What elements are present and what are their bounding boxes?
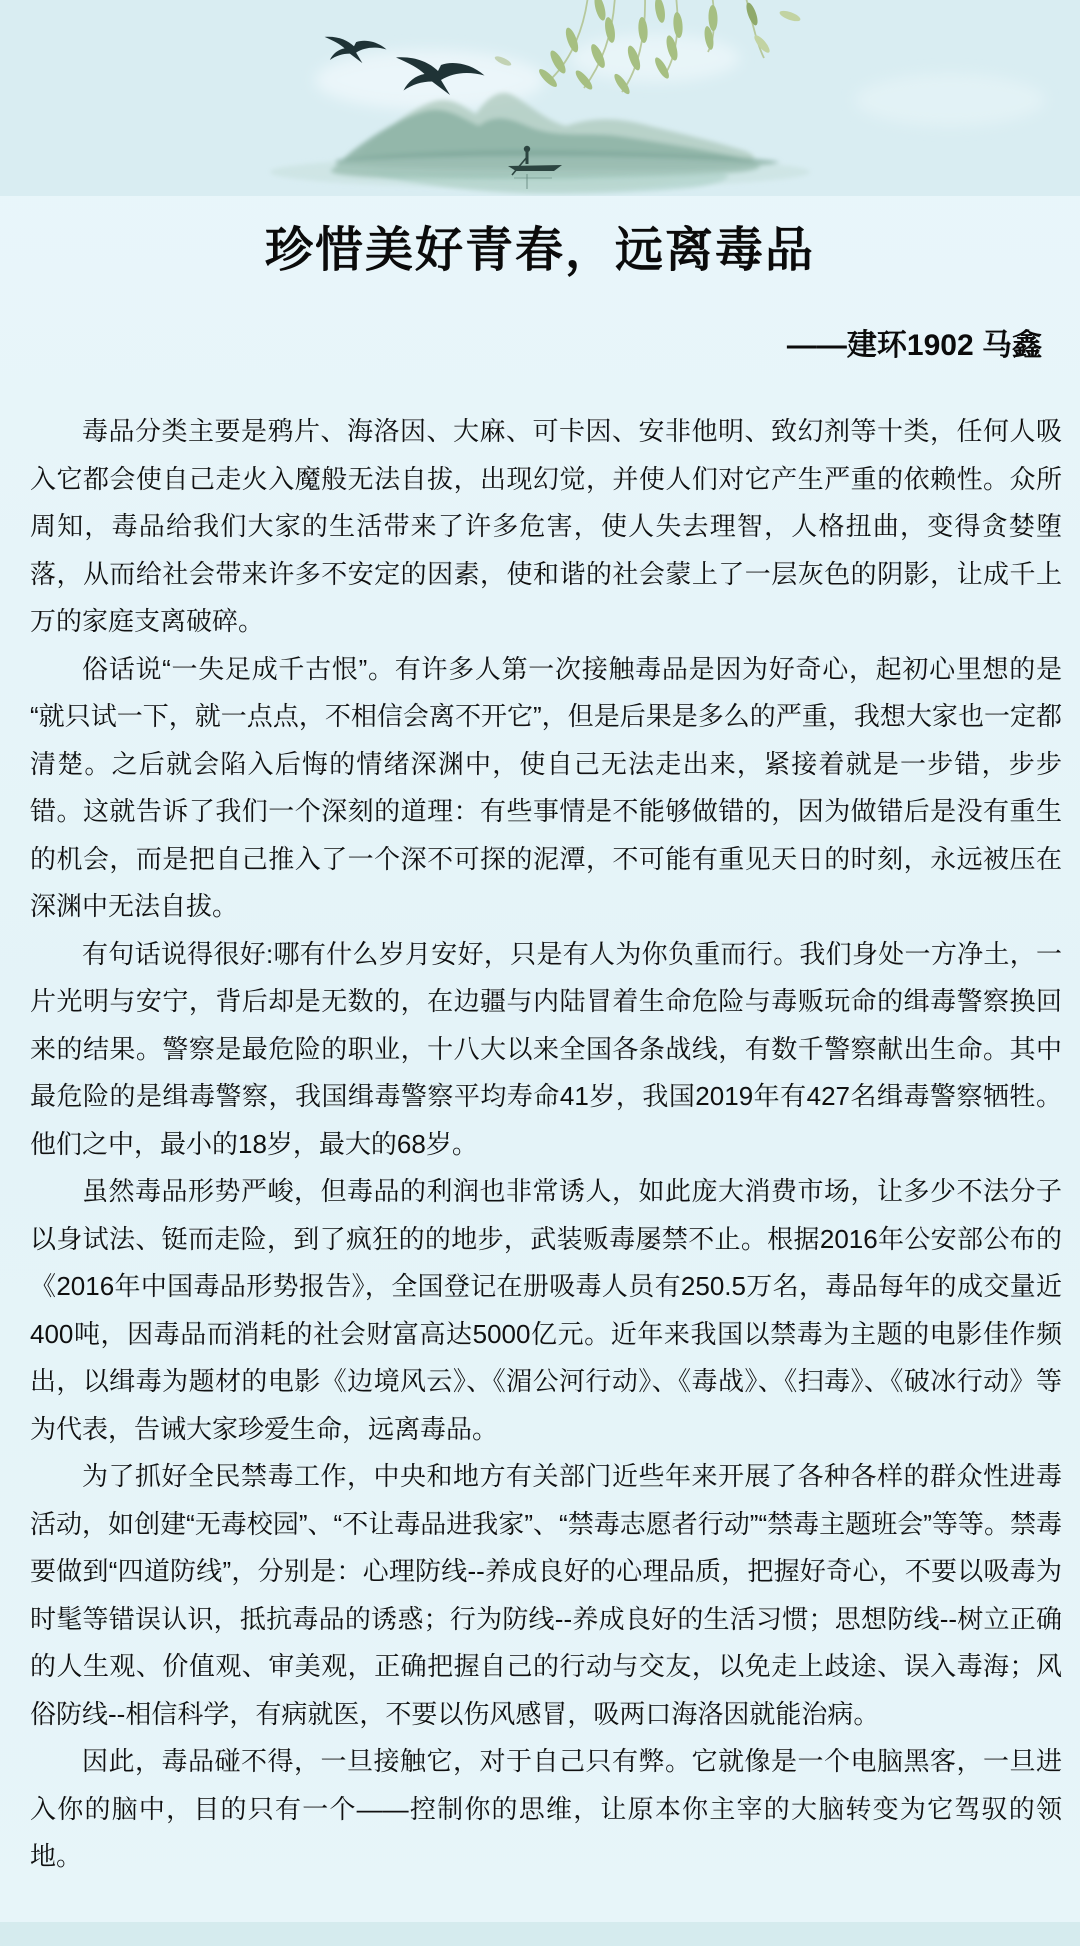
- paragraph: 因此，毒品碰不得，一旦接触它，对于自己只有弊。它就像是一个电脑黑客，一旦进入你的…: [30, 1738, 1062, 1881]
- paragraph: 毒品分类主要是鸦片、海洛因、大麻、可卡因、安非他明、致幻剂等十类，任何人吸入它都…: [30, 408, 1062, 646]
- header-illustration: [0, 0, 1080, 196]
- byline: ——建环1902 马鑫: [0, 326, 1042, 366]
- paragraph: 俗话说“一失足成千古恨”。有许多人第一次接触毒品是因为好奇心，起初心里想的是“就…: [30, 646, 1062, 931]
- page-title: 珍惜美好青春，远离毒品: [0, 220, 1080, 282]
- article-body: 毒品分类主要是鸦片、海洛因、大麻、可卡因、安非他明、致幻剂等十类，任何人吸入它都…: [0, 408, 1080, 1881]
- paragraph: 虽然毒品形势严峻，但毒品的利润也非常诱人，如此庞大消费市场，让多少不法分子以身试…: [30, 1168, 1062, 1453]
- paragraph: 有句话说得很好:哪有什么岁月安好，只是有人为你负重而行。我们身处一方净土，一片光…: [30, 931, 1062, 1169]
- page-root: 珍惜美好青春，远离毒品 ——建环1902 马鑫 毒品分类主要是鸦片、海洛因、大麻…: [0, 0, 1080, 1946]
- footer-strip: [0, 1922, 1080, 1946]
- paragraph: 为了抓好全民禁毒工作，中央和地方有关部门近些年来开展了各种各样的群众性进毒活动，…: [30, 1453, 1062, 1738]
